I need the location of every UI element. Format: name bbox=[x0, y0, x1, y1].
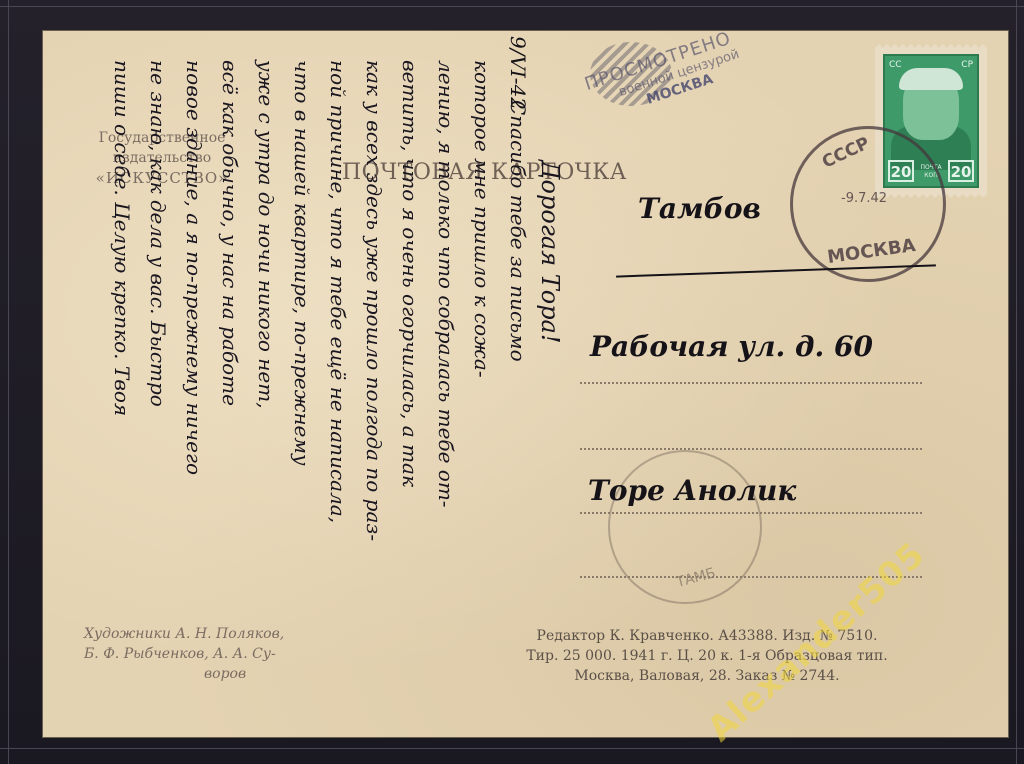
message-line: уже с утра до ночи никого нет, bbox=[254, 60, 278, 409]
artists-line: Б. Ф. Рыбченков, А. А. Су- bbox=[84, 644, 284, 664]
postcard: Государственное издательство «ИСКУССТВО»… bbox=[42, 30, 1009, 738]
moscow-postmark: СССР -9.7.42 МОСКВА bbox=[790, 126, 946, 282]
imprint-line: Редактор К. Кравченко. А43388. Изд. № 75… bbox=[482, 626, 932, 646]
frame-line bbox=[8, 0, 9, 764]
frame-line bbox=[1016, 0, 1017, 764]
imprint-line: Тир. 25 000. 1941 г. Ц. 20 к. 1-я Образц… bbox=[482, 646, 932, 666]
message-line: лению, я только что собралась тебе от- bbox=[434, 60, 458, 508]
artists-line: Художники А. Н. Поляков, bbox=[84, 624, 284, 644]
message-line: Спасибо тебе за письмо bbox=[506, 100, 530, 362]
message-line: которое мне пришло к сожа- bbox=[470, 60, 494, 378]
frame-line bbox=[0, 748, 1024, 749]
address-line bbox=[580, 382, 922, 384]
address-line bbox=[580, 512, 922, 514]
printer-imprint: Редактор К. Кравченко. А43388. Изд. № 75… bbox=[482, 626, 932, 686]
stamp-value-right: 20 bbox=[948, 160, 974, 182]
message-line: ветить, что я очень огорчилась, а так bbox=[398, 60, 422, 487]
message-line: ной причине, что я тебе ещё не написала, bbox=[326, 60, 350, 523]
message-line: что в нашей квартире, по-прежнему bbox=[290, 60, 314, 466]
artists-credit: Художники А. Н. Поляков, Б. Ф. Рыбченков… bbox=[84, 624, 284, 684]
handwritten-recipient: Торе Анолик bbox=[588, 474, 796, 507]
postmark-date: -9.7.42 bbox=[841, 191, 887, 206]
stamp-country-left: СС bbox=[889, 60, 902, 70]
imprint-line: Москва, Валовая, 28. Заказ № 2744. bbox=[482, 666, 932, 686]
address-line bbox=[580, 448, 922, 450]
message-line: как у всех здесь уже прошло полгода по р… bbox=[362, 60, 386, 541]
message-line: не знаю, как дела у вас. Быстро bbox=[146, 60, 170, 407]
message-line: пиши о себе. Целую крепко. Твоя bbox=[110, 60, 134, 416]
message-line: всё как обычно, у нас на работе bbox=[218, 60, 242, 406]
frame-line bbox=[0, 6, 1024, 7]
postmark-bottom-text: ТАМБ bbox=[675, 565, 718, 591]
artists-line: воров bbox=[84, 664, 284, 684]
handwritten-date: 9/VI-42 bbox=[506, 36, 530, 110]
handwritten-street: Рабочая ул. д. 60 bbox=[590, 330, 873, 363]
stamp-worker-cap bbox=[899, 68, 963, 90]
message-greeting: Дорогая Тора! bbox=[536, 160, 564, 344]
censor-mark: ПРОСМОТРЕНО военной цензурой МОСКВА bbox=[582, 27, 746, 125]
postmark-top-text: СССР bbox=[819, 133, 873, 172]
handwritten-city: Тамбов bbox=[638, 192, 761, 225]
message-line: новое здание, а я по-прежнему ничего bbox=[182, 60, 206, 475]
stamp-country-right: СР bbox=[961, 60, 973, 70]
postmark-bottom-text: МОСКВА bbox=[826, 235, 917, 268]
